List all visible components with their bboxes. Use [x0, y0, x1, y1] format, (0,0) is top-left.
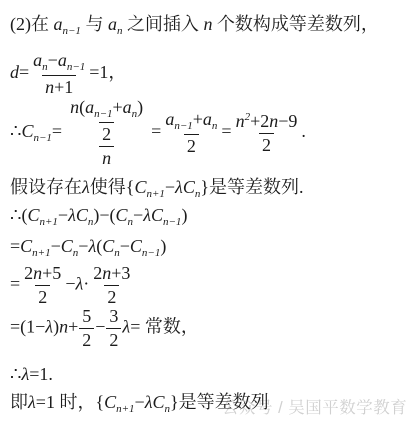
text-run: 2 — [24, 263, 33, 283]
math-variable: n — [33, 263, 42, 283]
fraction: 32 — [106, 306, 121, 350]
text-run: = — [19, 62, 29, 82]
subscript: n+1 — [146, 188, 164, 200]
text-run: 假设存在 — [10, 177, 82, 197]
text-run: 3 — [109, 306, 118, 326]
text-run: − — [48, 50, 58, 70]
text-run: +2 — [250, 111, 269, 131]
text-run: − — [65, 273, 75, 293]
text-run: ∴ — [10, 121, 21, 141]
math-variable: a — [54, 14, 63, 34]
text-run: =1， — [89, 62, 126, 82]
text-run: =1. — [29, 364, 53, 384]
text-run: = 常数， — [130, 316, 199, 336]
fraction-numerator: 2n+5 — [21, 263, 64, 285]
subscript: n−1 — [163, 216, 181, 228]
fraction: n(an−1+an)2 — [67, 97, 146, 144]
math-variable: C — [102, 236, 114, 256]
text-run: ) — [160, 236, 166, 256]
fraction-numerator: 2n+3 — [90, 263, 133, 285]
text-run: + — [193, 109, 203, 129]
text-run: 2 — [107, 287, 116, 307]
text-run: − — [133, 205, 143, 225]
text-run: 2 — [38, 287, 47, 307]
math-variable: λC — [68, 205, 88, 225]
fraction-numerator: n(an−1+an)2 — [63, 97, 150, 146]
text-run: 与 — [81, 14, 108, 34]
math-solution-page: 公众号 / 吴国平数学教育 (2)在 an−1 与 an 之间插入 n 个数构成… — [0, 0, 412, 426]
fraction-numerator: 5 — [79, 306, 94, 328]
text-run: + — [113, 97, 123, 117]
text-run: = — [151, 121, 161, 141]
text-run: 2 — [109, 330, 118, 350]
math-variable: λC — [143, 205, 163, 225]
math-variable: a — [33, 50, 42, 70]
text-run: +3 — [111, 263, 130, 283]
math-variable: C — [104, 392, 116, 412]
text-run: 2 — [187, 136, 196, 156]
math-variable: C — [116, 205, 128, 225]
text-run: 个数构成等差数列， — [212, 14, 379, 34]
fraction: n(an−1+an)2n — [63, 97, 150, 169]
line-c-formula: ∴Cn−1=n(an−1+an)2n=an−1+an2=n2+2n−92. — [10, 97, 306, 169]
math-variable: λ — [45, 316, 53, 336]
line-expanded-expr: =Cn+1−Cn−λ(Cn−Cn−1) — [10, 235, 166, 261]
text-run: 之间插入 — [122, 14, 203, 34]
math-variable: C — [27, 205, 39, 225]
text-run: 即 — [10, 392, 28, 412]
math-variable: C — [21, 121, 33, 141]
line-difference-expr: ∴(Cn+1−λCn)−(Cn−λCn−1) — [10, 204, 187, 230]
math-variable: n — [236, 111, 245, 131]
fraction-denominator: 2 — [104, 285, 119, 308]
math-variable: n — [102, 148, 111, 168]
text-run: +5 — [42, 263, 61, 283]
text-run: = — [10, 236, 20, 256]
math-variable: C — [61, 236, 73, 256]
text-run: = — [10, 273, 20, 293]
text-run: − — [51, 236, 61, 256]
fraction: an−1+an2 — [162, 109, 220, 156]
text-run: ∴( — [10, 205, 27, 225]
text-run: + — [68, 316, 78, 336]
text-run: . — [301, 121, 306, 141]
fraction-denominator: 2 — [106, 328, 121, 351]
math-variable: n — [70, 97, 79, 117]
math-variable: n — [102, 263, 111, 283]
text-run: − — [165, 177, 175, 197]
fraction-numerator: an−an−1 — [30, 50, 88, 75]
fraction: an−an−1n+1 — [30, 50, 88, 97]
fraction-numerator: an−1+an — [162, 109, 220, 134]
text-run: − — [78, 236, 88, 256]
text-run: ∴ — [10, 364, 21, 384]
math-variable: d — [10, 62, 19, 82]
math-variable: λC — [175, 177, 195, 197]
text-run: )−( — [93, 205, 115, 225]
subscript: n+1 — [116, 403, 134, 415]
subscript: n−1 — [142, 247, 160, 259]
line-d-formula: d=an−an−1n+1=1， — [10, 50, 126, 97]
text-run: 5 — [82, 306, 91, 326]
fraction-denominator: 2 — [79, 328, 94, 351]
fraction: 52 — [79, 306, 94, 350]
fraction-denominator: n+1 — [42, 75, 76, 98]
text-run: ) — [137, 97, 143, 117]
text-run: +1 — [54, 77, 73, 97]
line-fraction-expr: =2n+52−λ·2n+32 — [10, 263, 134, 307]
text-run: 2 — [102, 124, 111, 144]
text-run: − — [120, 236, 130, 256]
subscript: n−1 — [94, 108, 112, 120]
line-conclusion: 即λ=1 时，{Cn+1−λCn}是等差数列 — [10, 391, 269, 417]
fraction-denominator: 2 — [259, 133, 274, 156]
text-run: =1 时，{ — [36, 392, 104, 412]
fraction-denominator: 2 — [35, 285, 50, 308]
math-variable: a — [123, 97, 132, 117]
text-run: − — [95, 316, 105, 336]
text-run: − — [135, 392, 145, 412]
subscript: n — [212, 120, 218, 132]
line-problem-statement: (2)在 an−1 与 an 之间插入 n 个数构成等差数列， — [10, 13, 379, 39]
text-run: =(1− — [10, 316, 45, 336]
subscript: n−1 — [63, 25, 81, 37]
subscript: n−1 — [67, 61, 85, 73]
math-variable: n — [269, 111, 278, 131]
math-variable: n — [45, 77, 54, 97]
line-lambda-result: ∴λ=1. — [10, 363, 53, 386]
subscript: n−1 — [174, 120, 192, 132]
fraction-denominator: 2 — [184, 134, 199, 157]
line-constant-expr: =(1−λ)n+52−32λ= 常数， — [10, 306, 199, 350]
text-run: −9 — [278, 111, 297, 131]
math-variable: λC — [145, 392, 165, 412]
text-run: = — [221, 121, 231, 141]
math-variable: C — [134, 177, 146, 197]
text-run: · — [83, 273, 89, 293]
line-assumption: 假设存在λ使得{Cn+1−λCn}是等差数列. — [10, 176, 304, 202]
text-run: }是等差数列. — [200, 177, 303, 197]
text-run: 2 — [82, 330, 91, 350]
math-variable: λ — [28, 392, 36, 412]
text-run: 2 — [262, 135, 271, 155]
math-variable: n — [59, 316, 68, 336]
fraction-numerator: 3 — [106, 306, 121, 328]
math-variable: a — [108, 14, 117, 34]
math-variable: a — [165, 109, 174, 129]
math-variable: C — [20, 236, 32, 256]
math-variable: λ — [82, 177, 90, 197]
text-run: 使得{ — [90, 177, 135, 197]
text-run: 2 — [93, 263, 102, 283]
math-variable: a — [85, 97, 94, 117]
subscript: n+1 — [39, 216, 57, 228]
fraction-denominator: 2 — [99, 122, 114, 145]
subscript: n+1 — [32, 247, 50, 259]
fraction: 2n+32 — [90, 263, 133, 307]
math-variable: a — [58, 50, 67, 70]
text-run: (2)在 — [10, 14, 54, 34]
fraction-numerator: n2+2n−9 — [233, 111, 301, 133]
text-run: = — [52, 121, 62, 141]
math-variable: a — [203, 109, 212, 129]
fraction-denominator: n — [99, 146, 114, 169]
subscript: n−1 — [33, 132, 51, 144]
fraction: 2n+52 — [21, 263, 64, 307]
fraction: n2+2n−92 — [233, 111, 301, 155]
text-run: ) — [181, 205, 187, 225]
fraction-numerator: n(an−1+an) — [67, 97, 146, 122]
text-run: }是等差数列 — [170, 392, 269, 412]
math-variable: C — [130, 236, 142, 256]
text-run: − — [58, 205, 68, 225]
